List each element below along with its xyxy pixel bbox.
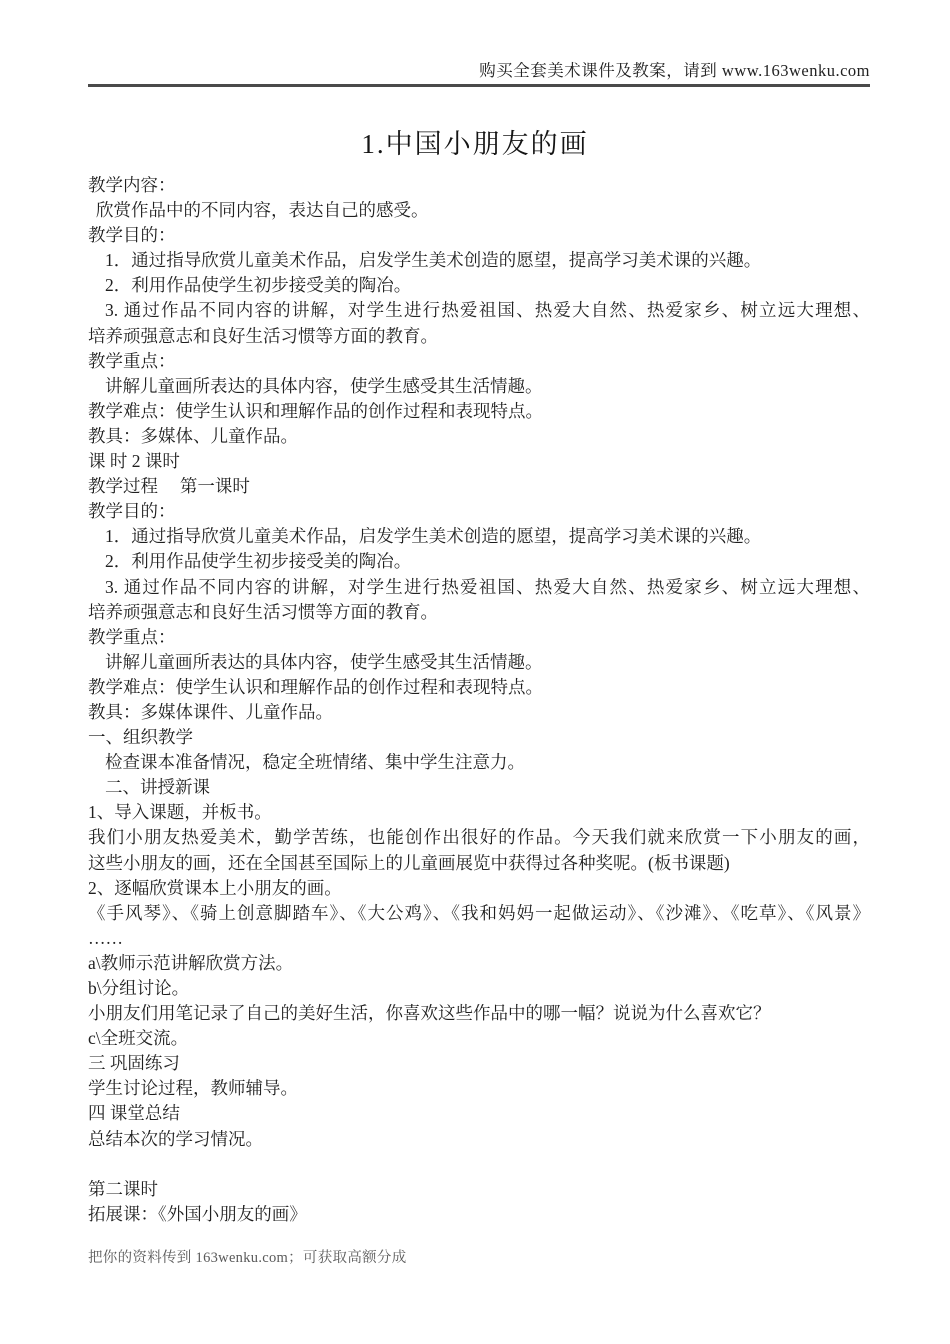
text-line: 2．利用作品使学生初步接受美的陶冶。	[88, 549, 870, 574]
text-line: a\教师示范讲解欣赏方法。	[88, 951, 870, 976]
text-line: 培养顽强意志和良好生活习惯等方面的教育。	[88, 324, 870, 349]
header-divider	[88, 84, 870, 87]
text-line: 3. 通过作品不同内容的讲解，对学生进行热爱祖国、热爱大自然、热爱家乡、树立远大…	[88, 298, 870, 323]
document-body: 教学内容：欣赏作品中的不同内容，表达自己的感受。教学目的：1．通过指导欣赏儿童美…	[88, 173, 870, 1227]
text-line: 1．通过指导欣赏儿童美术作品，启发学生美术创造的愿望，提高学习美术课的兴趣。	[88, 524, 870, 549]
text-line: 培养顽强意志和良好生活习惯等方面的教育。	[88, 600, 870, 625]
text-line: 拓展课：《外国小朋友的画》	[88, 1202, 870, 1227]
text-line: 一、组织教学	[88, 725, 870, 750]
page-title: 1.中国小朋友的画	[0, 122, 950, 161]
text-line: 2．利用作品使学生初步接受美的陶冶。	[88, 273, 870, 298]
text-line: 三 巩固练习	[88, 1051, 870, 1076]
text-line: 教具：多媒体、儿童作品。	[88, 424, 870, 449]
text-line: 教学目的：	[88, 499, 870, 524]
text-line: 1．通过指导欣赏儿童美术作品，启发学生美术创造的愿望，提高学习美术课的兴趣。	[88, 248, 870, 273]
text-line: 教学目的：	[88, 223, 870, 248]
text-line: 教学内容：	[88, 173, 870, 198]
text-line: 教具：多媒体课件、儿童作品。	[88, 700, 870, 725]
document-page: 购买全套美术课件及教案，请到 www.163wenku.com 1.中国小朋友的…	[0, 0, 950, 1344]
text-line: 第二课时	[88, 1177, 870, 1202]
text-line: 3. 通过作品不同内容的讲解，对学生进行热爱祖国、热爱大自然、热爱家乡、树立远大…	[88, 575, 870, 600]
text-line: c\全班交流。	[88, 1026, 870, 1051]
text-line: 讲解儿童画所表达的具体内容，使学生感受其生活情趣。	[88, 374, 870, 399]
text-line: 教学过程 第一课时	[88, 474, 870, 499]
text-line: 欣赏作品中的不同内容，表达自己的感受。	[88, 198, 870, 223]
footer-note: 把你的资料传到 163wenku.com；可获取高额分成	[88, 1246, 407, 1267]
text-line: 1、导入课题，并板书。	[88, 800, 870, 825]
text-line	[88, 1152, 870, 1177]
text-line: 教学难点：使学生认识和理解作品的创作过程和表现特点。	[88, 675, 870, 700]
text-line: b\分组讨论。	[88, 976, 870, 1001]
text-line: 《手风琴》、《骑上创意脚踏车》、《大公鸡》、《我和妈妈一起做运动》、《沙滩》、《…	[88, 901, 870, 926]
text-line: ……	[88, 926, 870, 951]
text-line: 课 时 2 课时	[88, 449, 870, 474]
text-line: 总结本次的学习情况。	[88, 1127, 870, 1152]
text-line: 学生讨论过程，教师辅导。	[88, 1076, 870, 1101]
text-line: 四 课堂总结	[88, 1101, 870, 1126]
text-line: 讲解儿童画所表达的具体内容，使学生感受其生活情趣。	[88, 650, 870, 675]
text-line: 教学难点：使学生认识和理解作品的创作过程和表现特点。	[88, 399, 870, 424]
text-line: 我们小朋友热爱美术，勤学苦练，也能创作出很好的作品。今天我们就来欣赏一下小朋友的…	[88, 825, 870, 850]
text-line: 检查课本准备情况，稳定全班情绪、集中学生注意力。	[88, 750, 870, 775]
header-watermark: 购买全套美术课件及教案，请到 www.163wenku.com	[88, 57, 870, 81]
text-line: 教学重点：	[88, 625, 870, 650]
text-line: 二、讲授新课	[88, 775, 870, 800]
text-line: 2、逐幅欣赏课本上小朋友的画。	[88, 876, 870, 901]
text-line: 教学重点：	[88, 349, 870, 374]
text-line: 这些小朋友的画，还在全国甚至国际上的儿童画展览中获得过各种奖呢。(板书课题)	[88, 851, 870, 876]
text-line: 小朋友们用笔记录了自己的美好生活，你喜欢这些作品中的哪一幅？说说为什么喜欢它？	[88, 1001, 870, 1026]
